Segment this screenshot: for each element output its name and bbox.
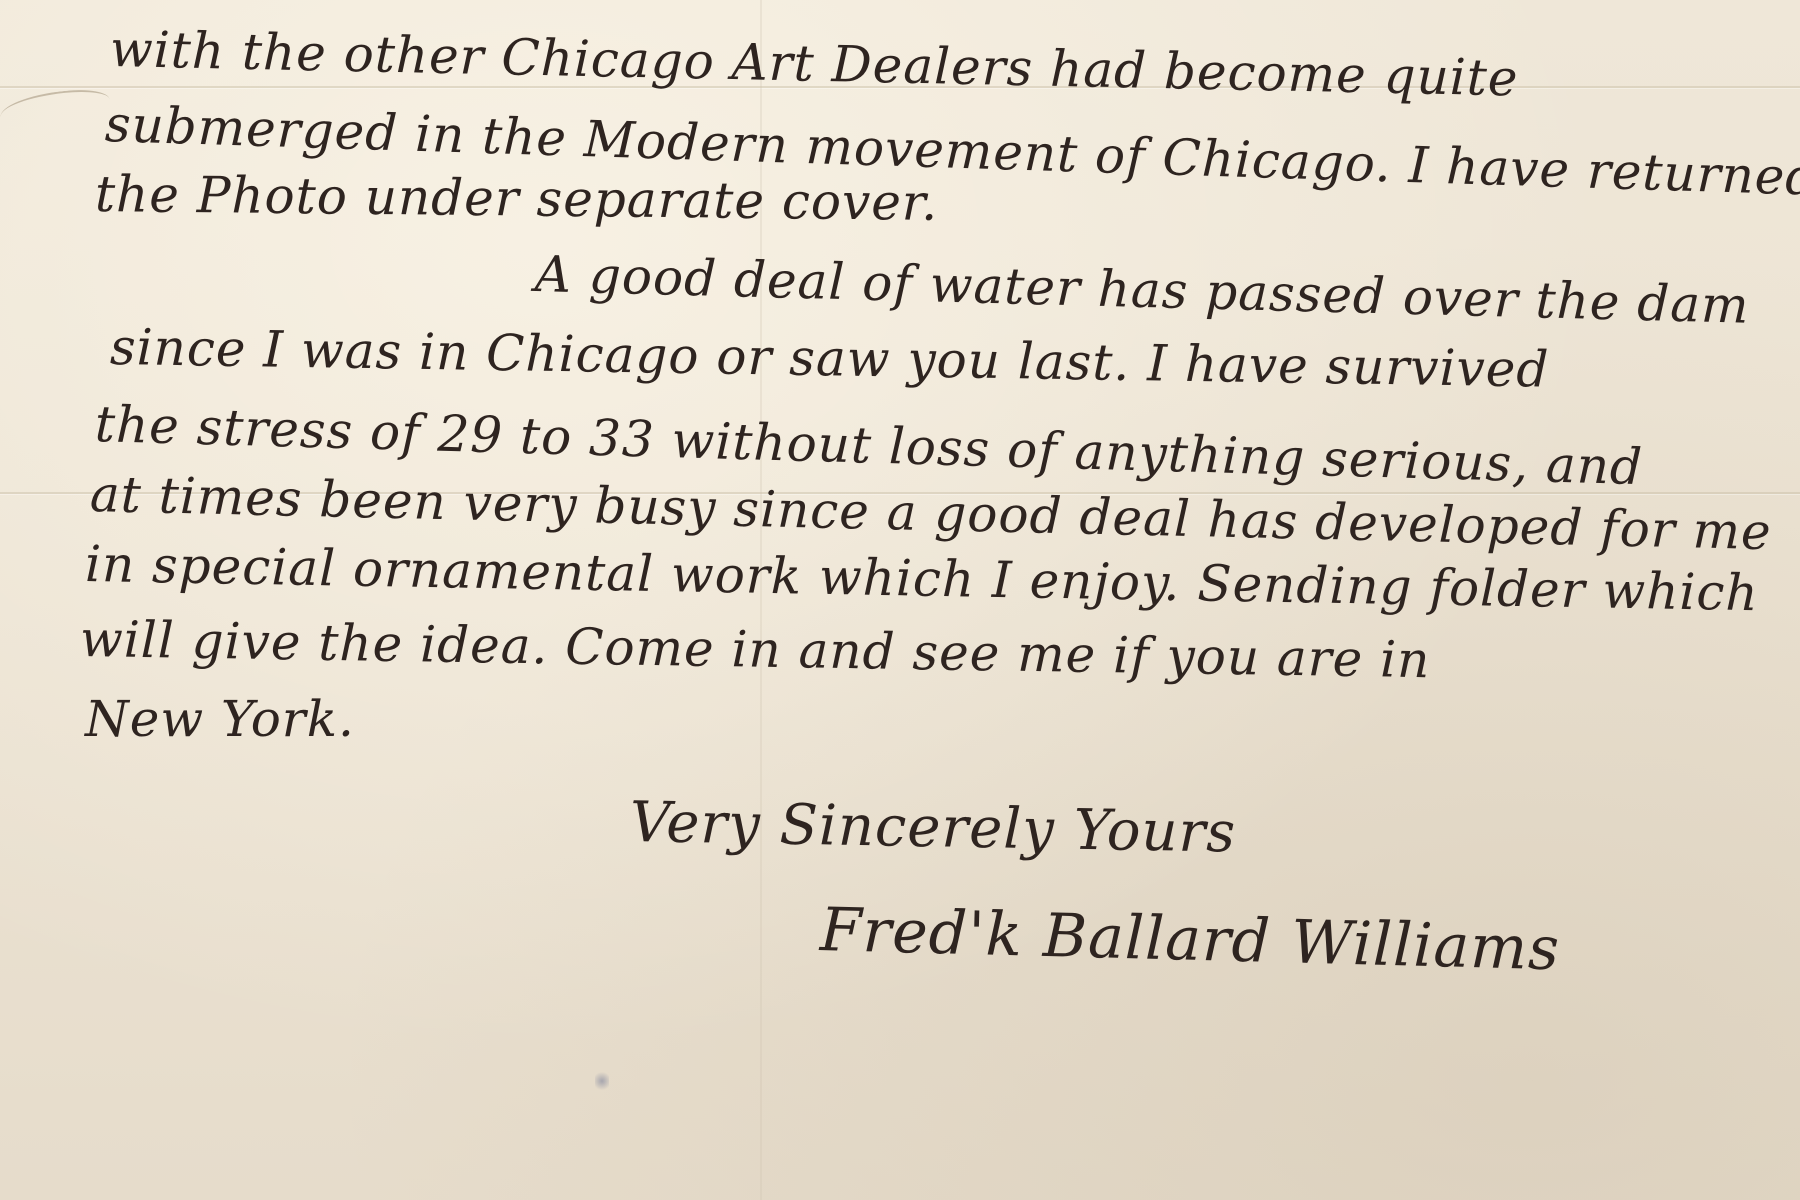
paper-tear-edge [0, 86, 111, 129]
letter-page: with the other Chicago Art Dealers had b… [0, 0, 1800, 1200]
letter-line-10: New York. [85, 690, 355, 748]
letter-line-5: since I was in Chicago or saw you last. … [110, 318, 1550, 399]
ink-smudge [595, 1070, 609, 1092]
letter-closing: Very Sincerely Yours [629, 790, 1236, 866]
letter-line-1: with the other Chicago Art Dealers had b… [109, 20, 1519, 107]
letter-line-4-paragraph-start: A good deal of water has passed over the… [534, 245, 1750, 335]
letter-line-9: will give the idea. Come in and see me i… [80, 610, 1431, 689]
letter-line-3: the Photo under separate cover. [95, 165, 939, 232]
letter-signature: Fred'k Ballard Williams [819, 895, 1561, 984]
